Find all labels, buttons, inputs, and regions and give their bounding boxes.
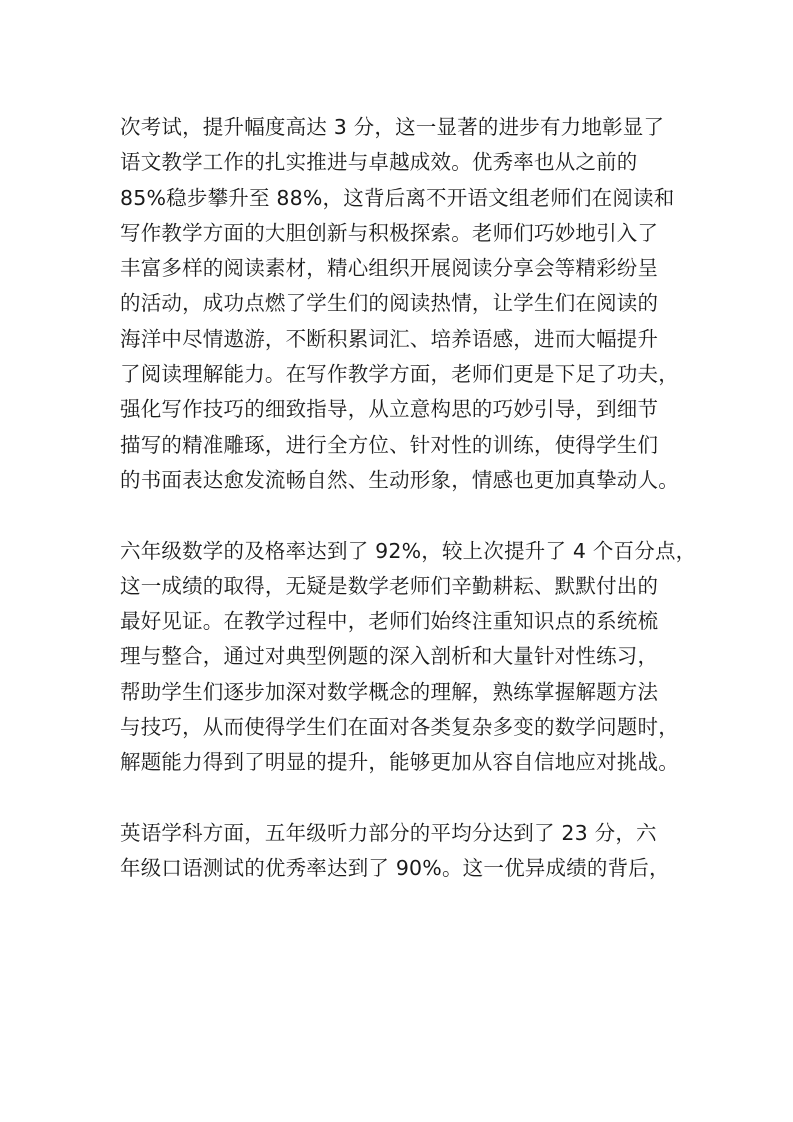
paragraph-english-results: 英语学科方面，五年级听力部分的平均分达到了 23 分，六 年级口语测试的优秀率达… bbox=[120, 816, 680, 887]
text-line: 的活动，成功点燃了学生们的阅读热情，让学生们在阅读的 bbox=[120, 286, 680, 321]
text-line: 这一成绩的取得，无疑是数学老师们辛勤耕耘、默默付出的 bbox=[120, 569, 680, 604]
document-body: 次考试，提升幅度高达 3 分，这一显著的进步有力地彰显了 语文教学工作的扎实推进… bbox=[120, 110, 680, 887]
text-line: 解题能力得到了明显的提升，能够更加从容自信地应对挑战。 bbox=[120, 745, 680, 780]
text-line: 年级口语测试的优秀率达到了 90%。这一优异成绩的背后， bbox=[120, 851, 680, 886]
text-line: 强化写作技巧的细致指导，从立意构思的巧妙引导，到细节 bbox=[120, 392, 680, 427]
paragraph-spacer bbox=[120, 781, 680, 816]
text-line: 描写的精准雕琢，进行全方位、针对性的训练，使得学生们 bbox=[120, 428, 680, 463]
text-line: 六年级数学的及格率达到了 92%，较上次提升了 4 个百分点， bbox=[120, 534, 680, 569]
paragraph-spacer bbox=[120, 498, 680, 533]
paragraph-chinese-results: 次考试，提升幅度高达 3 分，这一显著的进步有力地彰显了 语文教学工作的扎实推进… bbox=[120, 110, 680, 498]
text-line: 与技巧，从而使得学生们在面对各类复杂多变的数学问题时， bbox=[120, 710, 680, 745]
text-line: 丰富多样的阅读素材，精心组织开展阅读分享会等精彩纷呈 bbox=[120, 251, 680, 286]
text-line: 语文教学工作的扎实推进与卓越成效。优秀率也从之前的 bbox=[120, 145, 680, 180]
text-line: 写作教学方面的大胆创新与积极探索。老师们巧妙地引入了 bbox=[120, 216, 680, 251]
text-line: 了阅读理解能力。在写作教学方面，老师们更是下足了功夫， bbox=[120, 357, 680, 392]
text-line: 海洋中尽情遨游，不断积累词汇、培养语感，进而大幅提升 bbox=[120, 322, 680, 357]
text-line: 的书面表达愈发流畅自然、生动形象，情感也更加真挚动人。 bbox=[120, 463, 680, 498]
text-line: 理与整合，通过对典型例题的深入剖析和大量针对性练习， bbox=[120, 639, 680, 674]
text-line: 最好见证。在教学过程中，老师们始终注重知识点的系统梳 bbox=[120, 604, 680, 639]
text-line: 次考试，提升幅度高达 3 分，这一显著的进步有力地彰显了 bbox=[120, 110, 680, 145]
paragraph-math-results: 六年级数学的及格率达到了 92%，较上次提升了 4 个百分点， 这一成绩的取得，… bbox=[120, 534, 680, 781]
text-line: 英语学科方面，五年级听力部分的平均分达到了 23 分，六 bbox=[120, 816, 680, 851]
document-page: 次考试，提升幅度高达 3 分，这一显著的进步有力地彰显了 语文教学工作的扎实推进… bbox=[0, 0, 793, 1122]
text-line: 85%稳步攀升至 88%，这背后离不开语文组老师们在阅读和 bbox=[120, 181, 680, 216]
text-line: 帮助学生们逐步加深对数学概念的理解，熟练掌握解题方法 bbox=[120, 675, 680, 710]
